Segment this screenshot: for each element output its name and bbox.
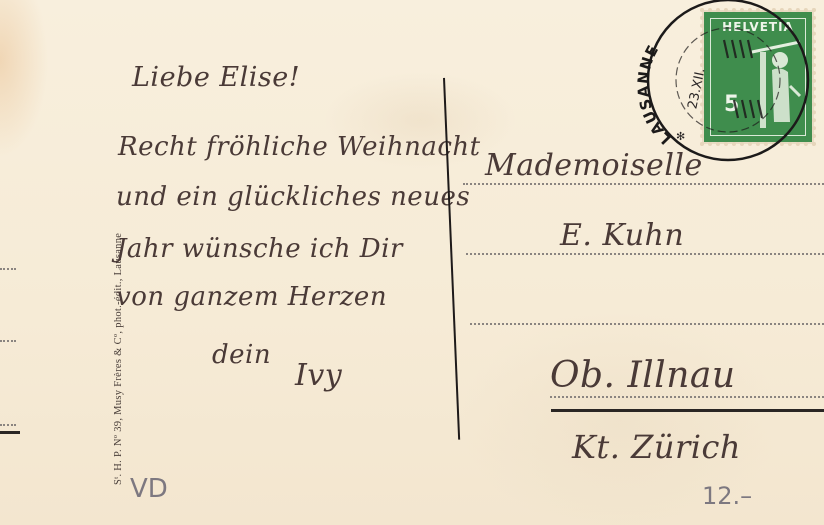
address-name: E. Kuhn — [560, 218, 684, 253]
message-greeting: Liebe Elise! — [132, 62, 300, 93]
message-line-3: Jahr wünsche ich Dir — [116, 234, 403, 264]
edge-bar — [0, 431, 20, 434]
edge-mark — [0, 424, 16, 426]
address-line-4 — [550, 396, 824, 398]
edge-mark — [0, 268, 16, 270]
publisher-imprint: Sᵗ. H. P. Nº 39, Musy Frères & Cº, phot.… — [113, 233, 124, 485]
svg-text:✻: ✻ — [676, 130, 685, 143]
stamp-value: 5 — [724, 92, 739, 117]
postmark-town: LAUSANNE — [634, 41, 675, 148]
address-line-3 — [470, 323, 824, 325]
message-signature: Ivy — [295, 358, 342, 393]
postage-stamp: HELVETIA 5 — [704, 12, 812, 142]
address-line-2 — [466, 253, 824, 255]
message-line-1: Recht fröhliche Weihnacht — [118, 132, 481, 162]
pencil-price: 12.– — [702, 482, 752, 510]
address-underline — [551, 409, 824, 412]
postcard-back: Sᵗ. H. P. Nº 39, Musy Frères & Cº, phot.… — [0, 0, 824, 525]
stamp-country: HELVETIA — [704, 20, 812, 34]
message-line-2: und ein glückliches neues — [116, 182, 470, 212]
message-closing: dein — [212, 340, 271, 370]
address-canton: Kt. Zürich — [572, 428, 741, 466]
william-tell-icon — [746, 38, 806, 134]
message-line-4: von ganzem Herzen — [116, 282, 387, 312]
address-town: Ob. Illnau — [550, 355, 736, 396]
pencil-canton-code: VD — [130, 474, 168, 504]
address-line-1 — [463, 183, 824, 185]
svg-text:LAUSANNE: LAUSANNE — [634, 41, 675, 148]
edge-mark — [0, 340, 16, 342]
address-title: Mademoiselle — [485, 148, 703, 183]
